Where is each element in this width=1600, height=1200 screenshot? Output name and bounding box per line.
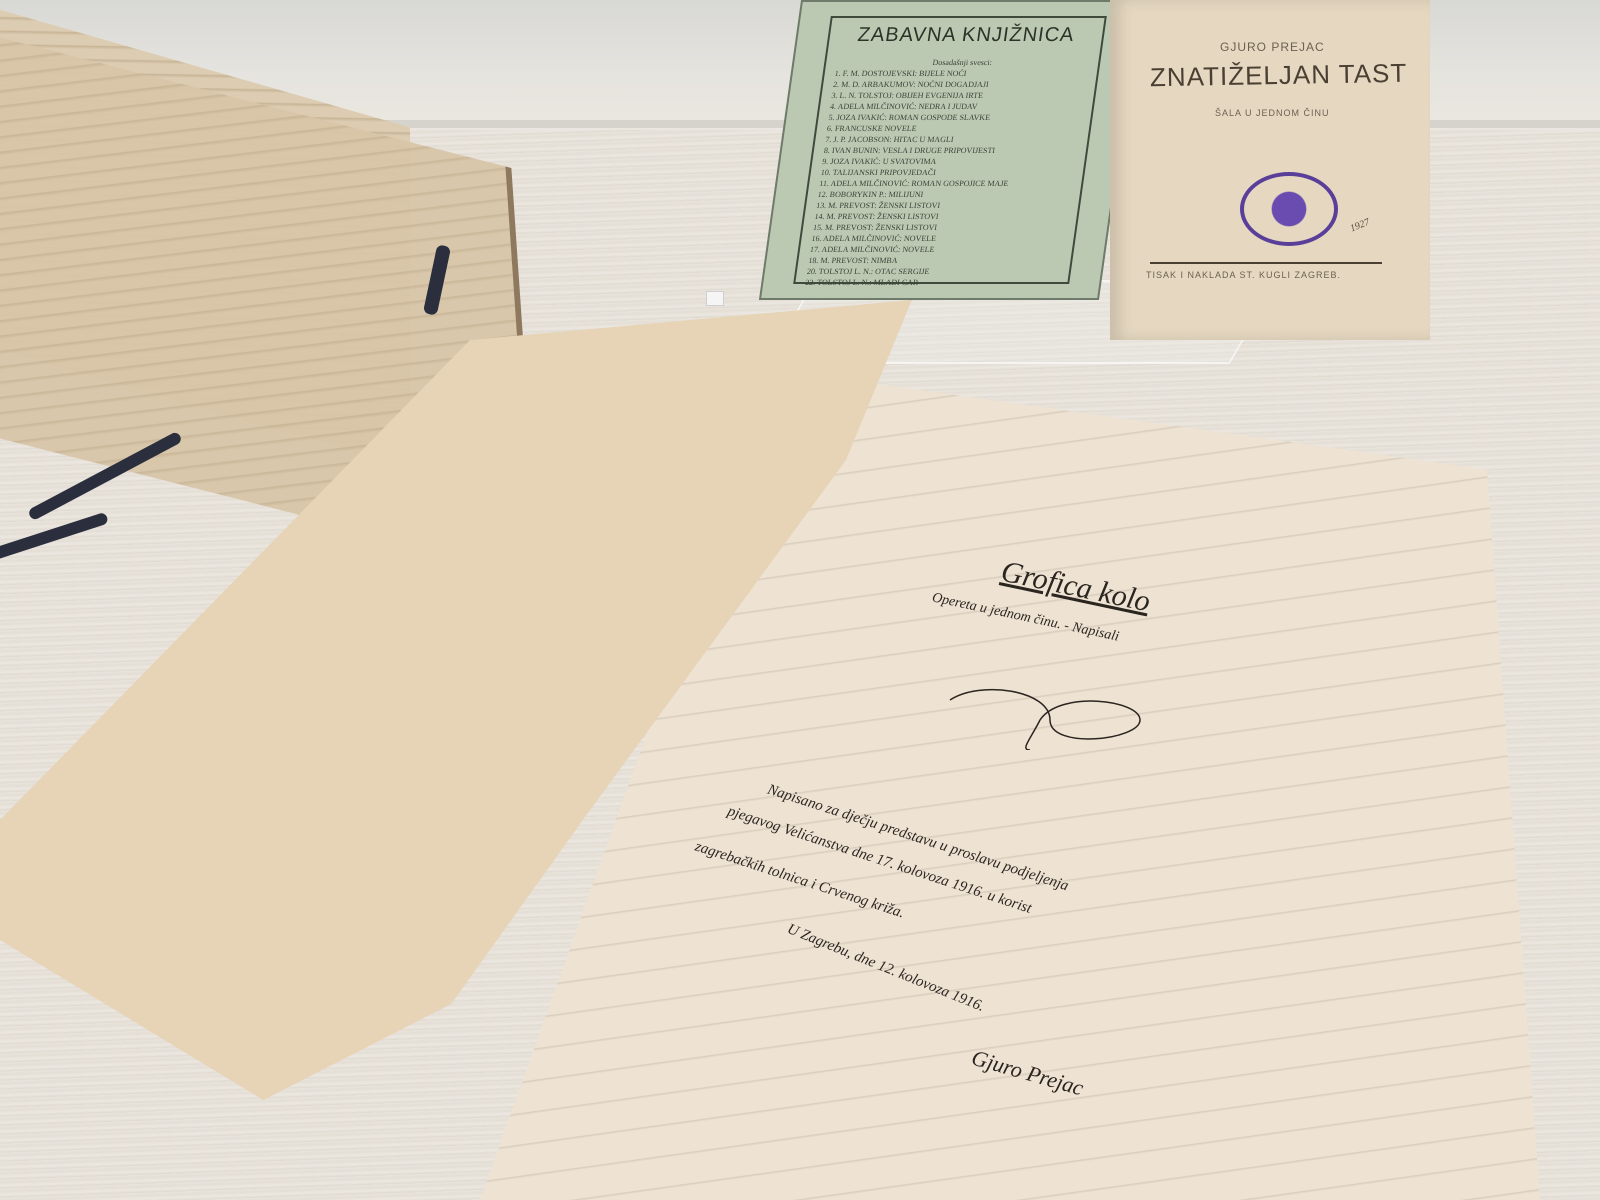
list-item: 7. J. P. JACOBSON: HITAC U MAGLI xyxy=(825,134,1079,145)
list-item: 1. F. M. DOSTOJEVSKI: BIJELE NOĆI xyxy=(834,68,1088,79)
list-item: 12. BOBORYKIN P.: MILIJUNI xyxy=(817,189,1071,200)
list-item: 9. JOZA IVAKIĆ: U SVATOVIMA xyxy=(822,156,1076,167)
book-title: ZNATIŽELJAN TAST xyxy=(1150,58,1408,93)
series-title: ZABAVNA KNJIŽNICA xyxy=(838,24,1093,47)
list-item: 2. M. D. ARBAKUMOV: NOĆNI DOGADJAJI xyxy=(832,79,1086,90)
list-item: 13. M. PREVOST: ŽENSKI LISTOVI xyxy=(815,200,1069,211)
ribbon-tie xyxy=(0,512,109,560)
list-item: 14. M. PREVOST: ŽENSKI LISTOVI xyxy=(814,211,1068,222)
list-item: 4. ADELA MILČINOVIĆ: NEDRA I JUDAV xyxy=(829,101,1083,112)
list-item: 6. FRANCUSKE NOVELE xyxy=(826,123,1080,134)
booklet-title-page: GJURO PREJAC ZNATIŽELJAN TAST ŠALA U JED… xyxy=(1110,0,1430,340)
list-heading: Dosadašnji svesci: xyxy=(836,57,1090,68)
publisher-line: TISAK I NAKLADA ST. KUGLI ZAGREB. xyxy=(1146,270,1341,280)
list-item: 15. M. PREVOST: ŽENSKI LISTOVI xyxy=(812,222,1066,233)
printed-booklet: ZABAVNA KNJIŽNICA Dosadašnji svesci: 1. … xyxy=(780,0,1440,340)
divider xyxy=(1150,262,1382,264)
exhibit-label xyxy=(706,291,724,306)
list-item: 17. ADELA MILČINOVIĆ: NOVELE xyxy=(809,244,1063,255)
list-item: 16. ADELA MILČINOVIĆ: NOVELE xyxy=(811,233,1065,244)
monogram-icon xyxy=(940,680,1160,750)
booklet-back-cover: ZABAVNA KNJIŽNICA Dosadašnji svesci: 1. … xyxy=(759,0,1141,300)
series-list: Dosadašnji svesci: 1. F. M. DOSTOJEVSKI:… xyxy=(805,57,1089,288)
accession-note: 1927 xyxy=(1349,217,1372,235)
list-item: 18. M. PREVOST: NIMBA xyxy=(808,255,1062,266)
list-item: 22. TOLSTOJ L. N.: MLADI CAR xyxy=(805,277,1059,288)
book-subtitle: ŠALA U JEDNOM ČINU xyxy=(1215,108,1330,118)
list-item: 11. ADELA MILČINOVIĆ: ROMAN GOSPOJICE MA… xyxy=(819,178,1073,189)
list-item: 10. TALIJANSKI PRIPOVJEDAČI xyxy=(820,167,1074,178)
list-item: 5. JOZA IVAKIĆ: ROMAN GOSPODE SLAVKE xyxy=(828,112,1082,123)
list-item: 3. L. N. TOLSTOJ: OBIJEH EVGENIJA IRTE xyxy=(831,90,1085,101)
list-item: 20. TOLSTOJ L. N.: OTAC SERGIJE xyxy=(806,266,1060,277)
list-item: 8. IVAN BUNIN: VESLA I DRUGE PRIPOVIJEST… xyxy=(823,145,1077,156)
author-name: GJURO PREJAC xyxy=(1220,40,1325,54)
library-stamp-icon xyxy=(1240,172,1338,246)
